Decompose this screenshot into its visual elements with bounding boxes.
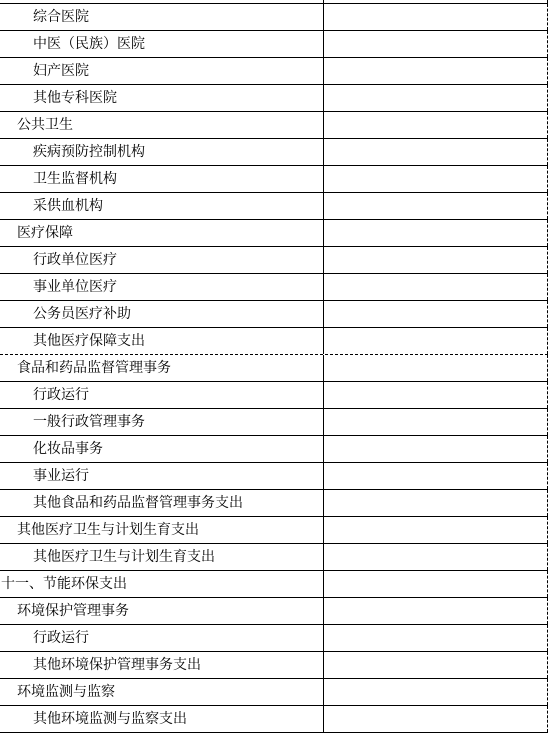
table-row: 其他食品和药品监督管理事务支出 xyxy=(0,489,548,516)
table-row: 中医（民族）医院 xyxy=(0,30,548,57)
section-name-cell[interactable]: 十一、节能环保支出 xyxy=(0,571,324,597)
category-name-cell[interactable]: 公共卫生 xyxy=(0,112,324,138)
item-name-cell[interactable]: 采供血机构 xyxy=(0,193,324,219)
item-value-cell[interactable] xyxy=(324,544,548,570)
item-name-cell[interactable]: 公务员医疗补助 xyxy=(0,301,324,327)
category-name-cell[interactable]: 其他医疗卫生与计划生育支出 xyxy=(0,517,324,543)
item-value-cell[interactable] xyxy=(324,571,548,597)
item-name-cell[interactable]: 事业运行 xyxy=(0,463,324,489)
item-value-cell[interactable] xyxy=(324,193,548,219)
item-value-cell[interactable] xyxy=(324,328,548,354)
table-row: 事业运行 xyxy=(0,462,548,489)
category-name-cell[interactable]: 环境监测与监察 xyxy=(0,679,324,705)
table-row: 其他医疗保障支出 xyxy=(0,327,548,354)
item-name-cell[interactable]: 其他环境监测与监察支出 xyxy=(0,706,324,732)
item-value-cell[interactable] xyxy=(324,247,548,273)
item-value-cell[interactable] xyxy=(324,436,548,462)
table-row: 十一、节能环保支出 xyxy=(0,570,548,597)
item-name-cell[interactable]: 其他环境保护管理事务支出 xyxy=(0,652,324,678)
item-name-cell[interactable]: 其他医疗保障支出 xyxy=(0,328,324,354)
item-name-cell[interactable]: 其他食品和药品监督管理事务支出 xyxy=(0,490,324,516)
item-name-cell[interactable]: 卫生监督机构 xyxy=(0,166,324,192)
item-name-cell[interactable]: 一般行政管理事务 xyxy=(0,409,324,435)
table-row: 食品和药品监督管理事务 xyxy=(0,354,548,381)
table-row: 一般行政管理事务 xyxy=(0,408,548,435)
item-name-cell[interactable]: 综合医院 xyxy=(0,4,324,30)
table-row: 行政单位医疗 xyxy=(0,246,548,273)
item-value-cell[interactable] xyxy=(324,382,548,408)
table-row: 事业单位医疗 xyxy=(0,273,548,300)
table-row: 公务员医疗补助 xyxy=(0,300,548,327)
table-row: 化妆品事务 xyxy=(0,435,548,462)
item-value-cell[interactable] xyxy=(324,679,548,705)
item-value-cell[interactable] xyxy=(324,598,548,624)
table-row: 妇产医院 xyxy=(0,57,548,84)
table-row: 其他医疗卫生与计划生育支出 xyxy=(0,543,548,570)
category-name-cell[interactable]: 环境保护管理事务 xyxy=(0,598,324,624)
item-name-cell[interactable]: 化妆品事务 xyxy=(0,436,324,462)
category-name-cell[interactable]: 食品和药品监督管理事务 xyxy=(0,355,324,381)
item-name-cell[interactable]: 行政单位医疗 xyxy=(0,247,324,273)
table-row: 综合医院 xyxy=(0,3,548,30)
table-row: 其他环境监测与监察支出 xyxy=(0,705,548,733)
table-row: 行政运行 xyxy=(0,381,548,408)
item-value-cell[interactable] xyxy=(324,139,548,165)
item-value-cell[interactable] xyxy=(324,652,548,678)
category-name-cell[interactable]: 医疗保障 xyxy=(0,220,324,246)
item-name-cell[interactable]: 疾病预防控制机构 xyxy=(0,139,324,165)
item-name-cell[interactable]: 妇产医院 xyxy=(0,58,324,84)
table-row: 疾病预防控制机构 xyxy=(0,138,548,165)
item-value-cell[interactable] xyxy=(324,517,548,543)
table-row: 卫生监督机构 xyxy=(0,165,548,192)
table-row: 其他环境保护管理事务支出 xyxy=(0,651,548,678)
item-value-cell[interactable] xyxy=(324,706,548,732)
table-row: 其他专科医院 xyxy=(0,84,548,111)
table-row: 环境监测与监察 xyxy=(0,678,548,705)
table-row: 公共卫生 xyxy=(0,111,548,138)
item-value-cell[interactable] xyxy=(324,85,548,111)
item-value-cell[interactable] xyxy=(324,463,548,489)
item-value-cell[interactable] xyxy=(324,355,548,381)
table-row: 环境保护管理事务 xyxy=(0,597,548,624)
item-value-cell[interactable] xyxy=(324,31,548,57)
item-name-cell[interactable]: 行政运行 xyxy=(0,625,324,651)
item-value-cell[interactable] xyxy=(324,274,548,300)
item-name-cell[interactable]: 其他医疗卫生与计划生育支出 xyxy=(0,544,324,570)
item-value-cell[interactable] xyxy=(324,490,548,516)
table-row: 行政运行 xyxy=(0,624,548,651)
item-value-cell[interactable] xyxy=(324,220,548,246)
item-name-cell[interactable]: 中医（民族）医院 xyxy=(0,31,324,57)
item-name-cell[interactable]: 行政运行 xyxy=(0,382,324,408)
item-name-cell[interactable]: 事业单位医疗 xyxy=(0,274,324,300)
item-value-cell[interactable] xyxy=(324,58,548,84)
table-row: 采供血机构 xyxy=(0,192,548,219)
expenditure-table: 综合医院 中医（民族）医院 妇产医院 其他专科医院 公共卫生 疾病预防控制机构 … xyxy=(0,3,548,733)
item-value-cell[interactable] xyxy=(324,166,548,192)
table-row: 其他医疗卫生与计划生育支出 xyxy=(0,516,548,543)
item-value-cell[interactable] xyxy=(324,4,548,30)
table-row: 医疗保障 xyxy=(0,219,548,246)
item-value-cell[interactable] xyxy=(324,301,548,327)
item-name-cell[interactable]: 其他专科医院 xyxy=(0,85,324,111)
item-value-cell[interactable] xyxy=(324,625,548,651)
item-value-cell[interactable] xyxy=(324,112,548,138)
item-value-cell[interactable] xyxy=(324,409,548,435)
